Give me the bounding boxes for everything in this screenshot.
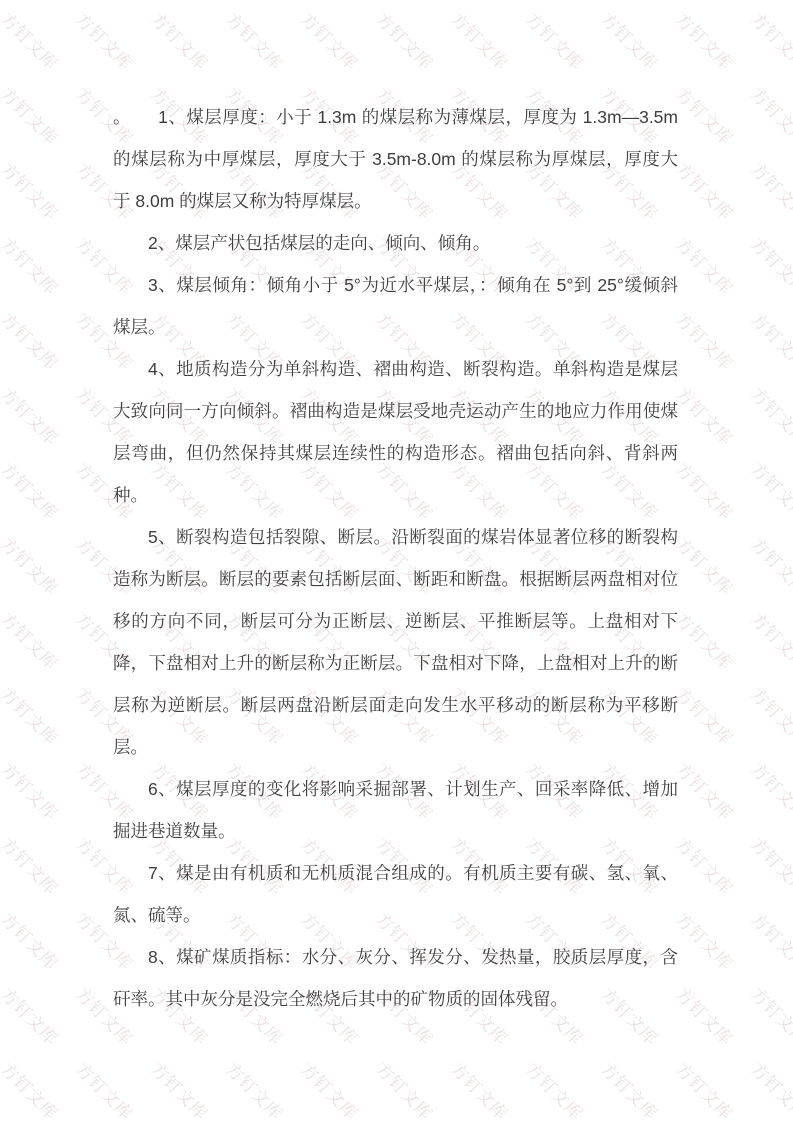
watermark-text: 方钉文库	[671, 456, 740, 525]
watermark-text: 方钉文库	[746, 1056, 793, 1122]
watermark-text: 方钉文库	[671, 831, 740, 900]
watermark-text: 方钉文库	[671, 381, 740, 450]
watermark-text: 方钉文库	[521, 6, 590, 75]
watermark-text: 方钉文库	[746, 306, 793, 375]
watermark-text: 方钉文库	[671, 531, 740, 600]
watermark-text: 方钉文库	[671, 756, 740, 825]
watermark-text: 方钉文库	[746, 231, 793, 300]
watermark-text: 方钉文库	[596, 6, 665, 75]
watermark-text: 方钉文库	[671, 6, 740, 75]
watermark-text: 方钉文库	[521, 1056, 590, 1122]
watermark-text: 方钉文库	[296, 6, 365, 75]
watermark-text: 方钉文库	[221, 6, 290, 75]
watermark-text: 方钉文库	[746, 906, 793, 975]
watermark-text: 方钉文库	[0, 681, 65, 750]
watermark-text: 方钉文库	[446, 1056, 515, 1122]
watermark-text: 方钉文库	[671, 606, 740, 675]
watermark-text: 方钉文库	[746, 606, 793, 675]
watermark-text: 方钉文库	[71, 6, 140, 75]
document-page: 方钉文库方钉文库方钉文库方钉文库方钉文库方钉文库方钉文库方钉文库方钉文库方钉文库…	[0, 0, 793, 1122]
watermark-text: 方钉文库	[0, 456, 65, 525]
paragraph: 。 1、煤层厚度：小于 1.3m 的煤层称为薄煤层，厚度为 1.3m—3.5m …	[113, 96, 678, 222]
paragraph: 3、煤层倾角：倾角小于 5°为近水平煤层，：倾角在 5°到 25°缓倾斜煤层。	[113, 264, 678, 348]
watermark-text: 方钉文库	[746, 756, 793, 825]
watermark-text: 方钉文库	[746, 456, 793, 525]
document-content: 。 1、煤层厚度：小于 1.3m 的煤层称为薄煤层，厚度为 1.3m—3.5m …	[113, 96, 678, 1020]
watermark-text: 方钉文库	[296, 1056, 365, 1122]
paragraph: 7、煤是由有机质和无机质混合组成的。有机质主要有碳、氢、氧、氮、硫等。	[113, 852, 678, 936]
watermark-text: 方钉文库	[0, 1056, 65, 1122]
watermark-text: 方钉文库	[671, 906, 740, 975]
paragraph: 8、煤矿煤质指标：水分、灰分、挥发分、发热量，胶质层厚度，含矸率。其中灰分是没完…	[113, 936, 678, 1020]
watermark-text: 方钉文库	[0, 606, 65, 675]
watermark-text: 方钉文库	[671, 1056, 740, 1122]
watermark-text: 方钉文库	[746, 831, 793, 900]
watermark-text: 方钉文库	[221, 1056, 290, 1122]
paragraph: 2、煤层产状包括煤层的走向、倾向、倾角。	[113, 222, 678, 264]
watermark-text: 方钉文库	[71, 1056, 140, 1122]
watermark-text: 方钉文库	[671, 681, 740, 750]
watermark-text: 方钉文库	[746, 981, 793, 1050]
watermark-text: 方钉文库	[0, 81, 65, 150]
watermark-text: 方钉文库	[746, 681, 793, 750]
paragraph: 6、煤层厚度的变化将影响采掘部署、计划生产、回采率降低、增加掘进巷道数量。	[113, 768, 678, 852]
watermark-text: 方钉文库	[0, 981, 65, 1050]
watermark-text: 方钉文库	[671, 981, 740, 1050]
watermark-text: 方钉文库	[371, 1056, 440, 1122]
watermark-text: 方钉文库	[746, 81, 793, 150]
watermark-text: 方钉文库	[0, 231, 65, 300]
watermark-text: 方钉文库	[0, 906, 65, 975]
watermark-text: 方钉文库	[446, 6, 515, 75]
watermark-text: 方钉文库	[0, 831, 65, 900]
watermark-text: 方钉文库	[0, 306, 65, 375]
watermark-text: 方钉文库	[371, 6, 440, 75]
watermark-text: 方钉文库	[0, 381, 65, 450]
watermark-text: 方钉文库	[671, 306, 740, 375]
watermark-text: 方钉文库	[671, 156, 740, 225]
watermark-text: 方钉文库	[746, 6, 793, 75]
watermark-text: 方钉文库	[671, 231, 740, 300]
paragraph: 5、断裂构造包括裂隙、断层。沿断裂面的煤岩体显著位移的断裂构造称为断层。断层的要…	[113, 516, 678, 768]
watermark-text: 方钉文库	[0, 6, 65, 75]
watermark-text: 方钉文库	[746, 156, 793, 225]
watermark-text: 方钉文库	[0, 756, 65, 825]
watermark-text: 方钉文库	[0, 156, 65, 225]
watermark-text: 方钉文库	[146, 6, 215, 75]
watermark-text: 方钉文库	[596, 1056, 665, 1122]
watermark-text: 方钉文库	[746, 531, 793, 600]
watermark-text: 方钉文库	[0, 531, 65, 600]
watermark-text: 方钉文库	[146, 1056, 215, 1122]
paragraph: 4、地质构造分为单斜构造、褶曲构造、断裂构造。单斜构造是煤层大致向同一方向倾斜。…	[113, 348, 678, 516]
watermark-text: 方钉文库	[746, 381, 793, 450]
watermark-text: 方钉文库	[671, 81, 740, 150]
